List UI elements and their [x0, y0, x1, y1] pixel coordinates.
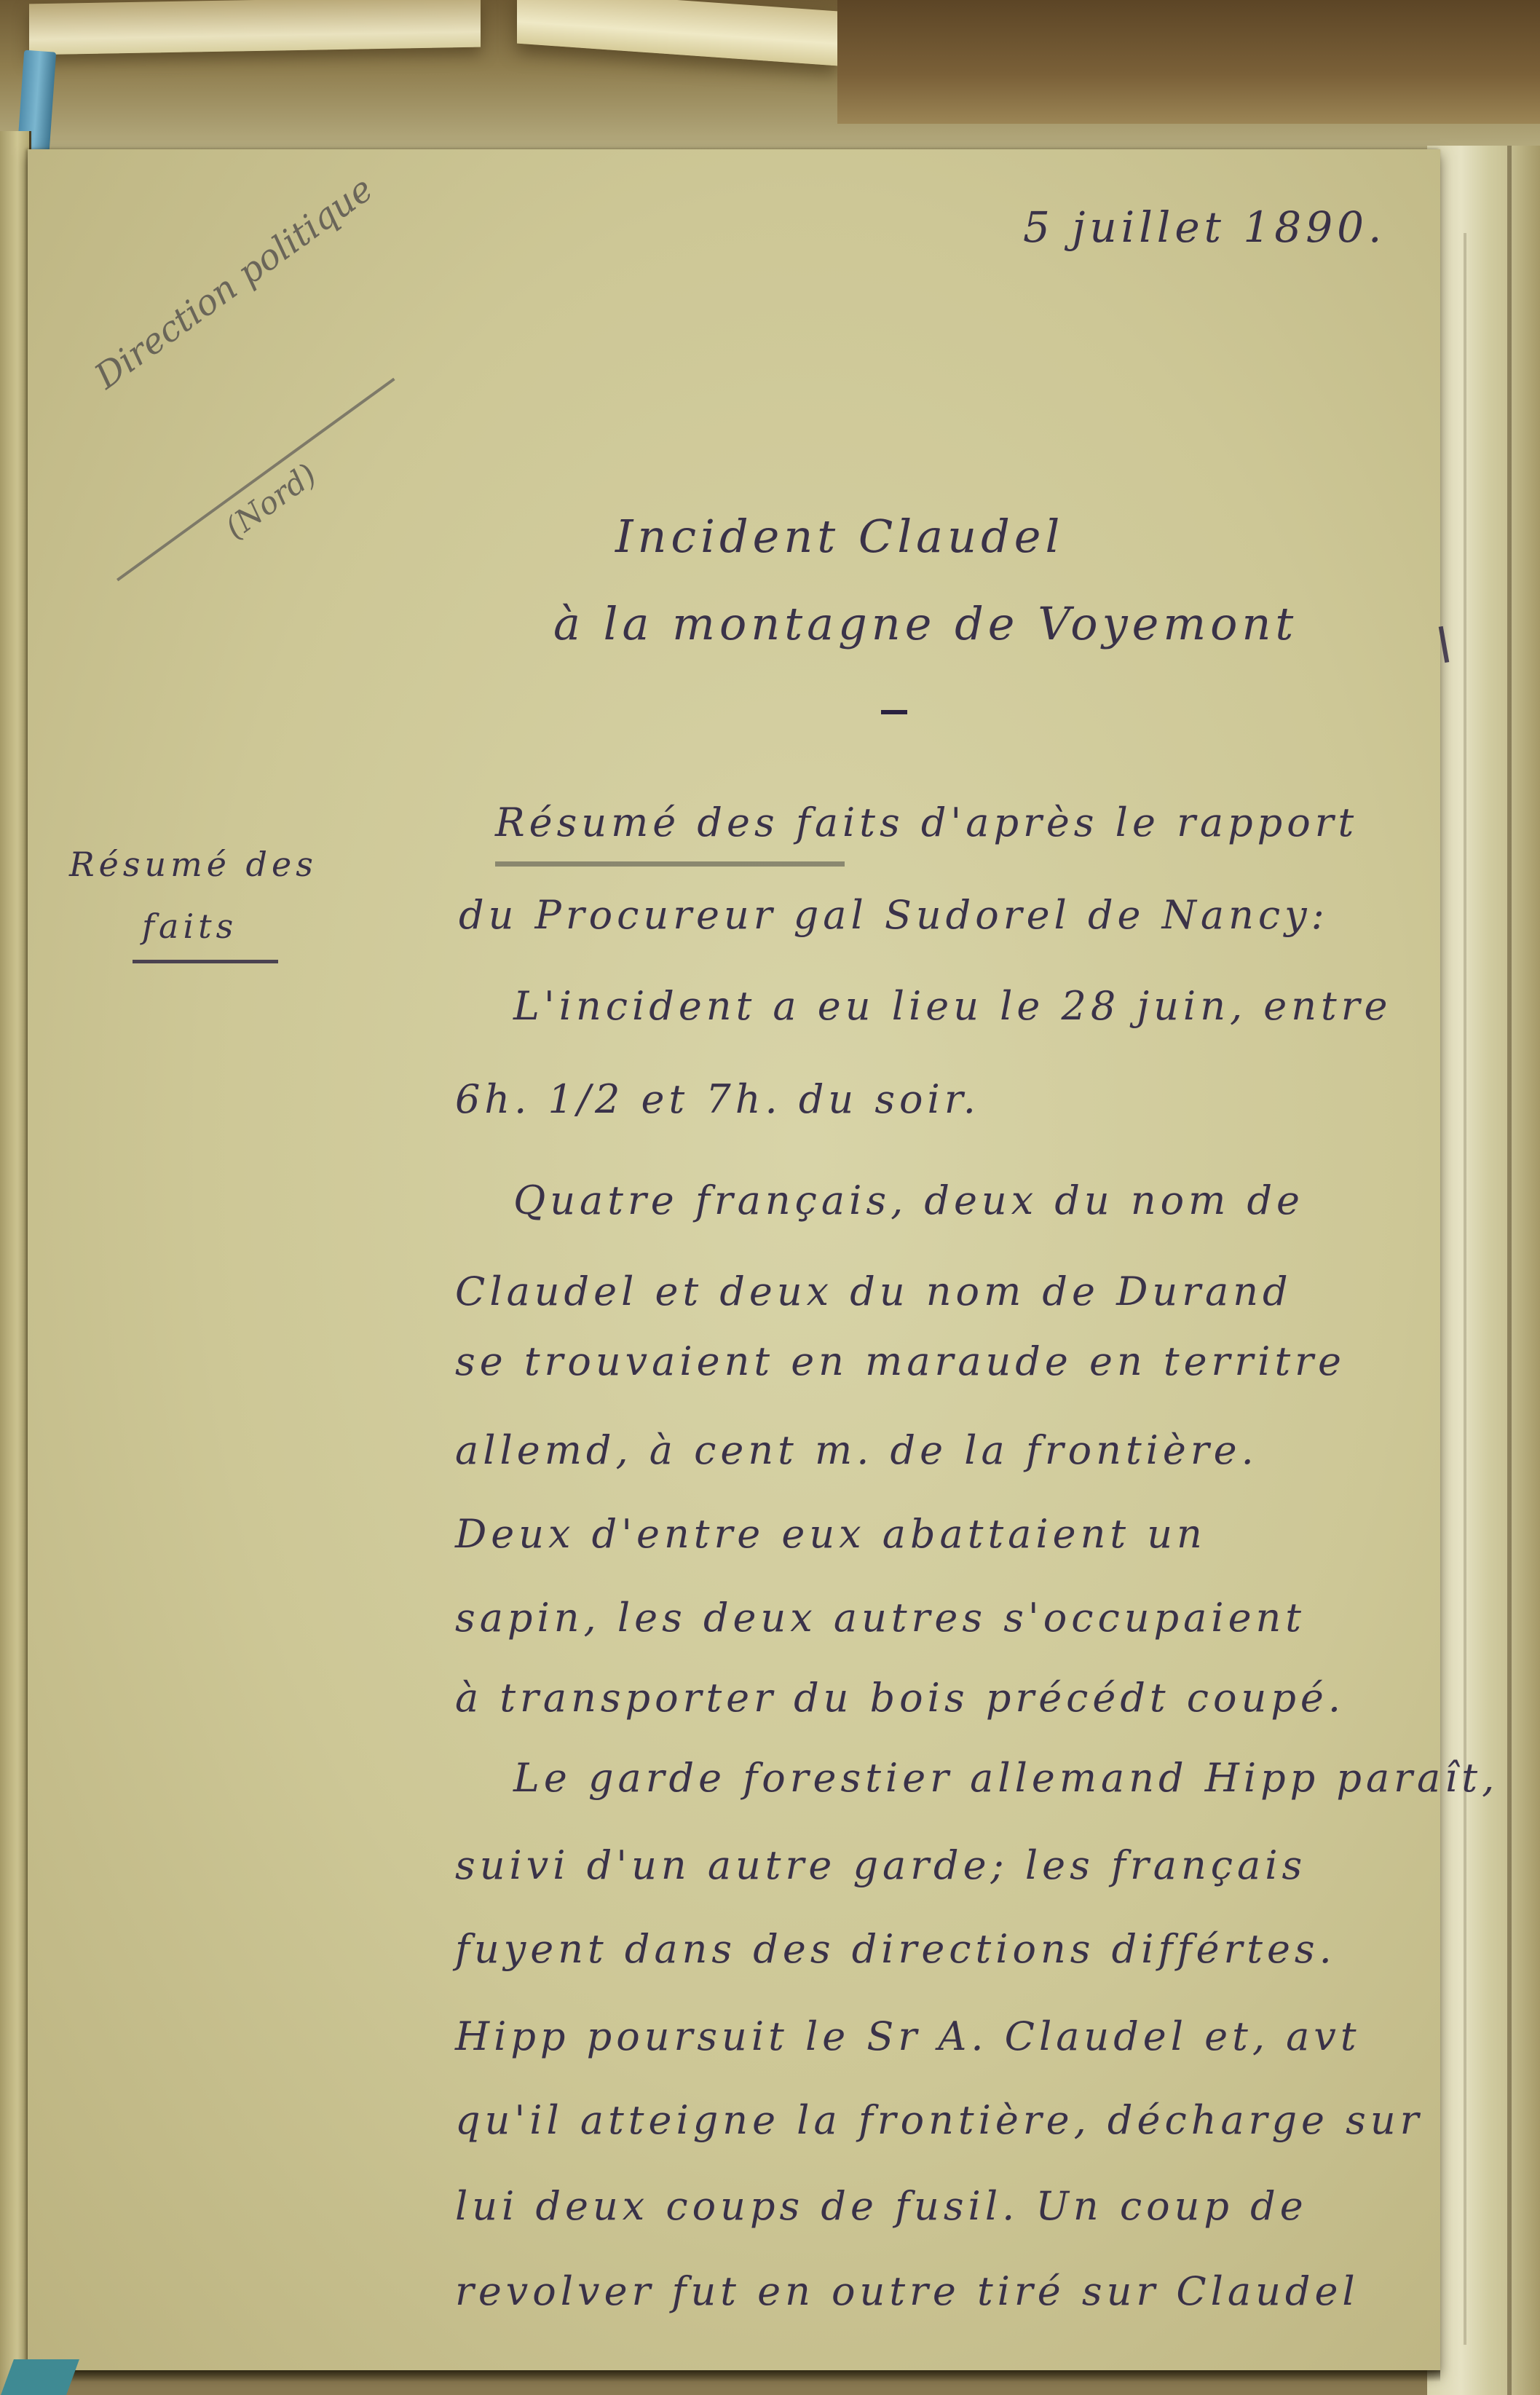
heading-underline — [495, 861, 845, 867]
margin-underline — [133, 960, 278, 963]
document-title-line1: Incident Claudel — [615, 510, 1064, 563]
document-date: 5 juillet 1890. — [1023, 202, 1386, 252]
body-line: Hipp poursuit le Sr A. Claudel et, avt — [455, 2013, 1361, 2059]
body-line: Claudel et deux du nom de Durand — [455, 1268, 1292, 1314]
body-line: du Procureur gal Sudorel de Nancy: — [459, 892, 1329, 938]
body-line: suivi d'un autre garde; les français — [455, 1842, 1306, 1888]
body-line: 6h. 1/2 et 7h. du soir. — [455, 1076, 980, 1122]
sheet-fold — [1464, 233, 1466, 2345]
body-line: fuyent dans des directions différtes. — [455, 1926, 1336, 1972]
title-separator — [881, 710, 907, 714]
right-sheet-stack — [1427, 146, 1540, 2395]
margin-note-line2: faits — [142, 907, 237, 946]
body-line: lui deux coups de fusil. Un coup de — [455, 2183, 1308, 2229]
body-line: Le garde forestier allemand Hipp paraît, — [513, 1755, 1498, 1801]
body-line: Quatre français, deux du nom de — [513, 1177, 1304, 1223]
body-line: se trouvaient en maraude en territre — [455, 1338, 1346, 1384]
document-title-line2: à la montagne de Voyemont — [553, 597, 1298, 650]
body-line: Deux d'entre eux abattaient un — [455, 1511, 1207, 1557]
back-sheet-edge — [0, 131, 31, 2395]
binding-ribbon — [1, 2359, 79, 2395]
background-sheet — [29, 0, 481, 55]
body-line: à transporter du bois précédt coupé. — [455, 1675, 1345, 1721]
body-line: allemd, à cent m. de la frontière. — [455, 1427, 1258, 1473]
sheet-fold — [1507, 146, 1512, 2395]
body-line: L'incident a eu lieu le 28 juin, entre — [513, 983, 1392, 1029]
body-line: qu'il atteigne la frontière, décharge su… — [455, 2097, 1423, 2143]
background-paper-stack — [0, 0, 1540, 167]
body-line: revolver fut en outre tiré sur Claudel — [455, 2268, 1359, 2314]
background-folder — [837, 0, 1540, 124]
body-line: sapin, les deux autres s'occupaient — [455, 1595, 1306, 1641]
body-line: Résumé des faits d'après le rapport — [495, 800, 1358, 845]
background-sheet — [517, 0, 837, 66]
margin-note-line1: Résumé des — [69, 845, 317, 884]
